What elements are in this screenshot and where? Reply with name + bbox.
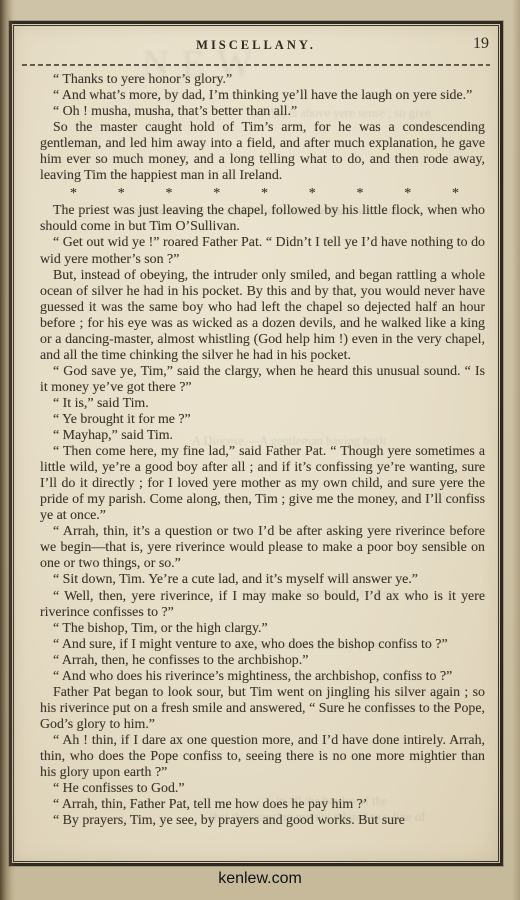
article-text: “ Thanks to yere honor’s glory.”“ And wh…: [40, 72, 485, 829]
paragraph: “ He confisses to God.”: [40, 781, 485, 797]
paragraph: “ Arrah, thin, Father Pat, tell me how d…: [40, 797, 485, 813]
asterisk: *: [213, 186, 220, 202]
paragraph: “ And sure, if I might venture to axe, w…: [40, 637, 485, 653]
asterisk: *: [166, 186, 173, 202]
scanned-page: NEWall this is above yere sense ; so giv…: [0, 0, 520, 900]
page-border-inner-rule: NEWall this is above yere sense ; so giv…: [13, 25, 499, 862]
paragraph: “ And who does his riverince’s mightines…: [40, 669, 485, 685]
running-title: MISCELLANY.: [14, 38, 498, 53]
paragraph: But, instead of obeying, the intruder on…: [40, 268, 485, 364]
asterisk: *: [118, 186, 125, 202]
paragraph: “ Arrah, then, he confisses to the archb…: [40, 653, 485, 669]
paragraph: “ The bishop, Tim, or the high clargy.”: [40, 621, 485, 637]
page-number: 19: [473, 35, 489, 53]
header-dashed-rule: [22, 64, 490, 66]
asterisk: *: [452, 186, 459, 202]
paragraph: Father Pat began to look sour, but Tim w…: [40, 685, 485, 733]
paragraph: “ God save ye, Tim,” said the clargy, wh…: [40, 364, 485, 396]
asterisk: *: [309, 186, 316, 202]
asterisk: *: [261, 186, 268, 202]
paragraph: “ Oh ! musha, musha, that’s better than …: [40, 104, 485, 120]
paragraph: “ Sit down, Tim. Ye’re a cute lad, and i…: [40, 572, 485, 588]
paragraph: “ Well, then, yere riverince, if I may m…: [40, 589, 485, 621]
paragraph: The priest was just leaving the chapel, …: [40, 203, 485, 235]
paragraph: “ Arrah, thin, it’s a question or two I’…: [40, 524, 485, 572]
asterisk: *: [357, 186, 364, 202]
paragraph: “ Mayhap,” said Tim.: [40, 428, 485, 444]
asterisk: *: [404, 186, 411, 202]
watermark: kenlew.com: [0, 870, 520, 888]
paragraph: “ Ah ! thin, if I dare ax one question m…: [40, 733, 485, 781]
page-header: MISCELLANY. 19: [14, 35, 498, 62]
page-edge-shadow: [512, 0, 520, 900]
section-separator: *********: [40, 186, 485, 202]
page-border-frame: NEWall this is above yere sense ; so giv…: [9, 21, 503, 866]
paragraph: So the master caught hold of Tim’s arm, …: [40, 120, 485, 184]
paragraph: “ Ye brought it for me ?”: [40, 412, 485, 428]
asterisk: *: [70, 186, 77, 202]
paragraph: “ Get out wid ye !” roared Father Pat. “…: [40, 235, 485, 267]
paragraph: “ By prayers, Tim, ye see, by prayers an…: [40, 813, 485, 829]
paragraph: “ It is,” said Tim.: [40, 396, 485, 412]
paragraph: “ Then come here, my fine lad,” said Fat…: [40, 444, 485, 524]
paragraph: “ Thanks to yere honor’s glory.”: [40, 72, 485, 88]
paragraph: “ And what’s more, by dad, I’m thinking …: [40, 88, 485, 104]
